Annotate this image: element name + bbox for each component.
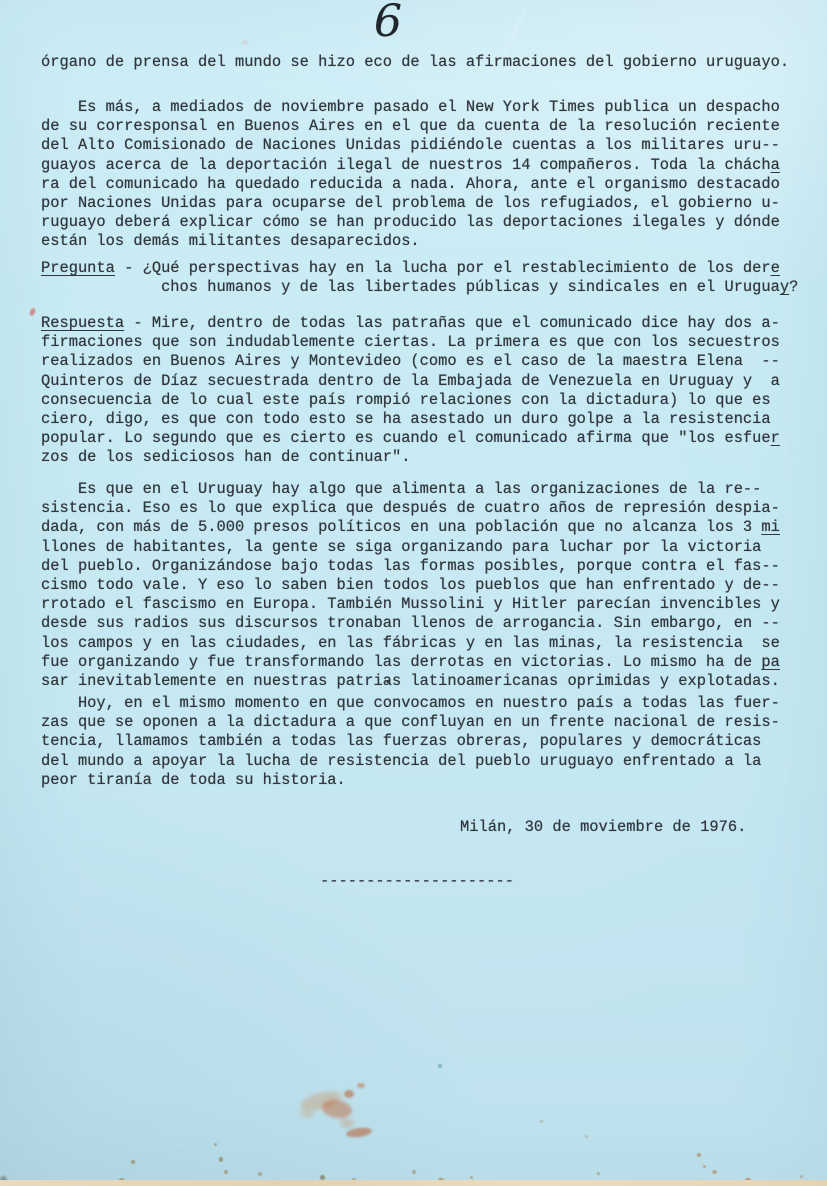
artifact-layer <box>0 0 827 1186</box>
stain <box>224 1170 228 1174</box>
stain <box>131 1160 135 1164</box>
stain <box>340 1118 354 1128</box>
stain <box>697 1153 701 1157</box>
stain <box>242 40 248 45</box>
stain <box>258 1172 262 1176</box>
stain <box>346 1126 373 1139</box>
stain <box>357 1083 365 1088</box>
stain <box>499 0 533 64</box>
stain <box>703 1165 706 1168</box>
stain <box>597 1172 600 1175</box>
page-bottom-edge <box>0 1180 827 1186</box>
stain <box>540 1120 543 1123</box>
stain <box>219 1157 223 1162</box>
stain <box>412 1170 416 1174</box>
stain <box>321 1098 354 1121</box>
document-page: 6 órgano de prensa del mundo se hizo eco… <box>0 0 827 1186</box>
stain <box>800 1175 803 1178</box>
stain <box>344 1090 354 1098</box>
stain <box>300 1110 314 1118</box>
stain <box>585 1135 588 1138</box>
stain <box>29 307 36 316</box>
stain <box>712 1170 717 1174</box>
stain <box>214 1143 217 1146</box>
stain <box>438 1064 442 1068</box>
stain <box>470 1176 473 1179</box>
